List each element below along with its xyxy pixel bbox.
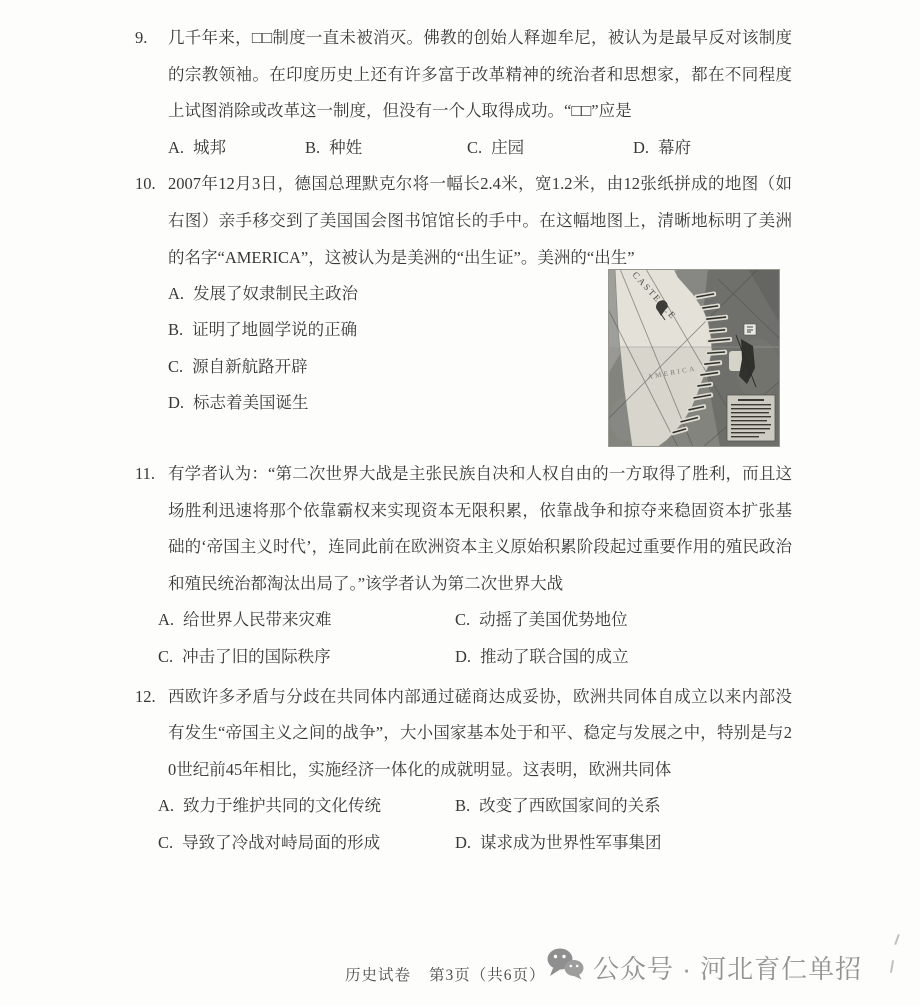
- question-11-options: A.给世界人民带来灾难 C.动摇了美国优势地位 C.冲击了旧的国际秩序 D.推动…: [158, 602, 792, 675]
- option-label: D.: [633, 138, 649, 157]
- option-label: C.: [168, 357, 183, 376]
- option-d: D.谋求成为世界性军事集团: [455, 825, 792, 862]
- scan-artifact: [890, 960, 894, 973]
- option-text: 动摇了美国优势地位: [479, 610, 628, 629]
- page-number: 第3页（共6页）: [429, 967, 546, 984]
- option-label: C.: [467, 138, 482, 157]
- option-d: D.推动了联合国的成立: [455, 639, 792, 676]
- question-text: 有学者认为：“第二次世界大战是主张民族自决和人权自由的一方取得了胜利，而且这场胜…: [168, 456, 792, 602]
- map-cartouche: [727, 395, 775, 441]
- option-text: 幕府: [658, 138, 691, 157]
- option-text: 种姓: [329, 138, 362, 157]
- question-number: 10.: [135, 166, 168, 276]
- option-label: B.: [455, 796, 470, 815]
- option-a: A.给世界人民带来灾难: [158, 602, 455, 639]
- option-a: A.致力于维护共同的文化传统: [158, 788, 455, 825]
- option-a: A.城邦: [168, 130, 305, 167]
- map-illustration: CASTELLE AMERICA: [608, 269, 780, 447]
- option-text: 给世界人民带来灾难: [183, 610, 332, 629]
- watermark-text: 公众号 · 河北育仁单招: [593, 949, 862, 986]
- option-b: B.种姓: [305, 130, 467, 167]
- option-text: 改变了西欧国家间的关系: [479, 796, 661, 815]
- option-text: 源自新航路开辟: [192, 357, 308, 376]
- wechat-icon: [546, 947, 584, 987]
- option-b: B.改变了西欧国家间的关系: [455, 788, 792, 825]
- option-text: 致力于维护共同的文化传统: [183, 796, 381, 815]
- option-label: A.: [168, 284, 184, 303]
- option-text: 庄园: [491, 138, 524, 157]
- option-label: B.: [305, 138, 320, 157]
- option-c: C.庄园: [467, 130, 633, 167]
- exam-page: 9. 几千年来，□□制度一直未被消灭。佛教的创始人释迦牟尼，被认为是最早反对该制…: [0, 0, 920, 1006]
- question-12-options: A.致力于维护共同的文化传统 B.改变了西欧国家间的关系 C.导致了冷战对峙局面…: [158, 788, 792, 861]
- option-label: A.: [168, 138, 184, 157]
- option-label: D.: [455, 647, 471, 666]
- option-c-top: C.动摇了美国优势地位: [455, 602, 792, 639]
- option-label: C.: [158, 647, 173, 666]
- question-number: 12.: [135, 679, 168, 789]
- option-text: 冲击了旧的国际秩序: [182, 647, 331, 666]
- option-text: 证明了地圆学说的正确: [192, 320, 357, 339]
- paper-title: 历史试卷: [345, 967, 411, 984]
- option-text: 标志着美国诞生: [193, 393, 309, 412]
- page-footer: 历史试卷第3页（共6页）: [345, 963, 546, 985]
- question-text: 几千年来，□□制度一直未被消灭。佛教的创始人释迦牟尼，被认为是最早反对该制度的宗…: [168, 20, 792, 130]
- option-label: A.: [158, 796, 174, 815]
- watermark: 公众号 · 河北育仁单招: [546, 947, 862, 987]
- question-9: 9. 几千年来，□□制度一直未被消灭。佛教的创始人释迦牟尼，被认为是最早反对该制…: [135, 20, 792, 166]
- question-text: 2007年12月3日，德国总理默克尔将一幅长2.4米，宽1.2米，由12张纸拼成…: [168, 166, 792, 276]
- option-text: 导致了冷战对峙局面的形成: [182, 833, 380, 852]
- option-label: B.: [168, 320, 183, 339]
- option-text: 城邦: [193, 138, 226, 157]
- option-text: 推动了联合国的成立: [480, 647, 629, 666]
- option-label: D.: [455, 833, 471, 852]
- question-11: 11. 有学者认为：“第二次世界大战是主张民族自决和人权自由的一方取得了胜利，而…: [135, 456, 792, 676]
- option-label: D.: [168, 393, 184, 412]
- scan-artifact: [894, 934, 900, 945]
- option-d: D.幕府: [633, 130, 792, 167]
- option-text: 发展了奴隶制民主政治: [193, 284, 358, 303]
- question-number: 9.: [135, 20, 168, 130]
- option-label: C.: [158, 833, 173, 852]
- question-12: 12. 西欧许多矛盾与分歧在共同体内部通过磋商达成妥协，欧洲共同体自成立以来内部…: [135, 679, 792, 862]
- question-text: 西欧许多矛盾与分歧在共同体内部通过磋商达成妥协，欧洲共同体自成立以来内部没有发生…: [168, 679, 792, 789]
- option-label: C.: [455, 610, 470, 629]
- question-number: 11.: [135, 456, 168, 602]
- option-c-bottom: C.冲击了旧的国际秩序: [158, 639, 455, 676]
- option-text: 谋求成为世界性军事集团: [480, 833, 662, 852]
- question-9-options: A.城邦 B.种姓 C.庄园 D.幕府: [168, 130, 792, 167]
- option-label: A.: [158, 610, 174, 629]
- option-c: C.导致了冷战对峙局面的形成: [158, 825, 455, 862]
